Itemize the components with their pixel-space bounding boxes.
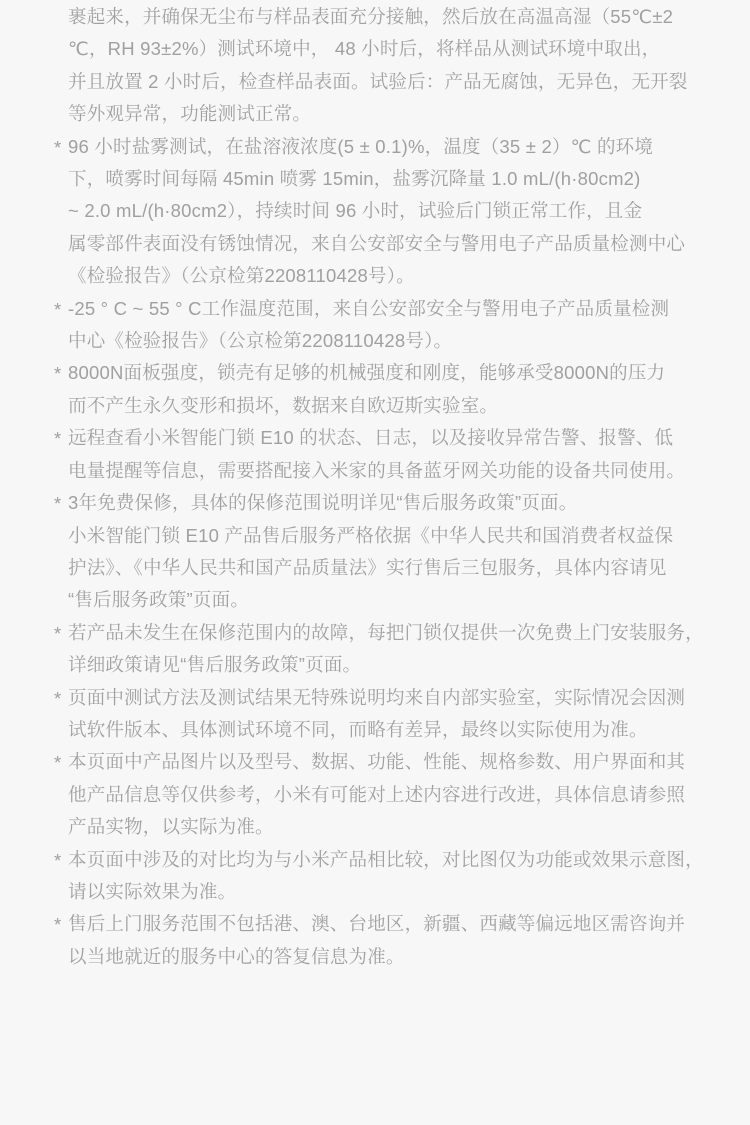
note-line: “售后服务政策”页面。 xyxy=(68,584,698,616)
note-line: 以当地就近的服务中心的答复信息为准。 xyxy=(68,941,698,973)
note-line: 请以实际效果为准。 xyxy=(68,876,698,908)
note-line: ~ 2.0 mL/(h·80cm2），持续时间 96 小时，试验后门锁正常工作，… xyxy=(68,195,698,227)
asterisk-marker: * xyxy=(54,132,61,164)
note-line: 3年免费保修，具体的保修范围说明详见“售后服务政策”页面。 xyxy=(68,487,698,519)
asterisk-marker: * xyxy=(54,358,61,390)
asterisk-marker: * xyxy=(54,683,61,715)
asterisk-marker: * xyxy=(54,618,61,650)
asterisk-marker: * xyxy=(54,488,61,520)
note-line: ℃，RH 93±2%）测试环境中， 48 小时后，将样品从测试环境中取出， xyxy=(68,33,698,65)
note-line: 本页面中涉及的对比均为与小米产品相比较，对比图仅为功能或效果示意图， xyxy=(68,844,698,876)
note-line: 护法》、《中华人民共和国产品质量法》实行售后三包服务，具体内容请见 xyxy=(68,552,698,584)
note-line: 属零部件表面没有锈蚀情况，来自公安部安全与警用电子产品质量检测中心 xyxy=(68,228,698,260)
note-line: 8000N面板强度，锁壳有足够的机械强度和刚度，能够承受8000N的压力 xyxy=(68,357,698,389)
asterisk-marker: * xyxy=(54,747,61,779)
note-item: *3年免费保修，具体的保修范围说明详见“售后服务政策”页面。 xyxy=(68,487,698,519)
note-item: *96 小时盐雾测试，在盐溶液浓度(5 ± 0.1)%，温度（35 ± 2）℃ … xyxy=(68,131,698,293)
note-line: 小米智能门锁 E10 产品售后服务严格依据《中华人民共和国消费者权益保 xyxy=(68,520,698,552)
note-line: 并且放置 2 小时后，检查样品表面。试验后：产品无腐蚀，无异色，无开裂 xyxy=(68,66,698,98)
note-line: 远程查看小米智能门锁 E10 的状态、日志，以及接收异常告警、报警、低 xyxy=(68,422,698,454)
asterisk-marker: * xyxy=(54,294,61,326)
note-item: 小米智能门锁 E10 产品售后服务严格依据《中华人民共和国消费者权益保护法》、《… xyxy=(68,520,698,617)
note-item: *售后上门服务范围不包括港、澳、台地区，新疆、西藏等偏远地区需咨询并以当地就近的… xyxy=(68,908,698,973)
note-line: 页面中测试方法及测试结果无特殊说明均来自内部实验室，实际情况会因测 xyxy=(68,682,698,714)
note-line: 电量提醒等信息，需要搭配接入米家的具备蓝牙网关功能的设备共同使用。 xyxy=(68,455,698,487)
note-line: 若产品未发生在保修范围内的故障，每把门锁仅提供一次免费上门安装服务， xyxy=(68,617,698,649)
note-line: 详细政策请见“售后服务政策”页面。 xyxy=(68,649,698,681)
note-item: *-25 ° C ~ 55 ° C工作温度范围，来自公安部安全与警用电子产品质量… xyxy=(68,293,698,358)
asterisk-marker: * xyxy=(54,845,61,877)
note-line: 《检验报告》（公京检第2208110428号）。 xyxy=(68,260,698,292)
note-item: 裹起来，并确保无尘布与样品表面充分接触，然后放在高温高湿（55℃±2℃，RH 9… xyxy=(68,1,698,131)
note-line: 而不产生永久变形和损坏，数据来自欧迈斯实验室。 xyxy=(68,390,698,422)
note-line: 产品实物，以实际为准。 xyxy=(68,811,698,843)
footnotes-section: 裹起来，并确保无尘布与样品表面充分接触，然后放在高温高湿（55℃±2℃，RH 9… xyxy=(0,0,750,973)
asterisk-marker: * xyxy=(54,423,61,455)
asterisk-marker: * xyxy=(54,909,61,941)
note-line: 等外观异常，功能测试正常。 xyxy=(68,98,698,130)
note-item: *8000N面板强度，锁壳有足够的机械强度和刚度，能够承受8000N的压力而不产… xyxy=(68,357,698,422)
note-line: 96 小时盐雾测试，在盐溶液浓度(5 ± 0.1)%，温度（35 ± 2）℃ 的… xyxy=(68,131,698,163)
note-line: 试软件版本、具体测试环境不同，而略有差异，最终以实际使用为准。 xyxy=(68,714,698,746)
note-line: 本页面中产品图片以及型号、数据、功能、性能、规格参数、用户界面和其 xyxy=(68,746,698,778)
note-item: *远程查看小米智能门锁 E10 的状态、日志，以及接收异常告警、报警、低电量提醒… xyxy=(68,422,698,487)
note-item: *若产品未发生在保修范围内的故障，每把门锁仅提供一次免费上门安装服务，详细政策请… xyxy=(68,617,698,682)
note-line: 他产品信息等仅供参考，小米有可能对上述内容进行改进，具体信息请参照 xyxy=(68,779,698,811)
note-line: 中心《检验报告》（公京检第2208110428号）。 xyxy=(68,325,698,357)
note-line: 裹起来，并确保无尘布与样品表面充分接触，然后放在高温高湿（55℃±2 xyxy=(68,1,698,33)
note-item: *页面中测试方法及测试结果无特殊说明均来自内部实验室，实际情况会因测试软件版本、… xyxy=(68,682,698,747)
note-line: 下，喷雾时间每隔 45min 喷雾 15min，盐雾沉降量 1.0 mL/(h·… xyxy=(68,163,698,195)
note-item: *本页面中产品图片以及型号、数据、功能、性能、规格参数、用户界面和其他产品信息等… xyxy=(68,746,698,843)
note-line: -25 ° C ~ 55 ° C工作温度范围，来自公安部安全与警用电子产品质量检… xyxy=(68,293,698,325)
note-item: *本页面中涉及的对比均为与小米产品相比较，对比图仅为功能或效果示意图，请以实际效… xyxy=(68,844,698,909)
note-line: 售后上门服务范围不包括港、澳、台地区，新疆、西藏等偏远地区需咨询并 xyxy=(68,908,698,940)
